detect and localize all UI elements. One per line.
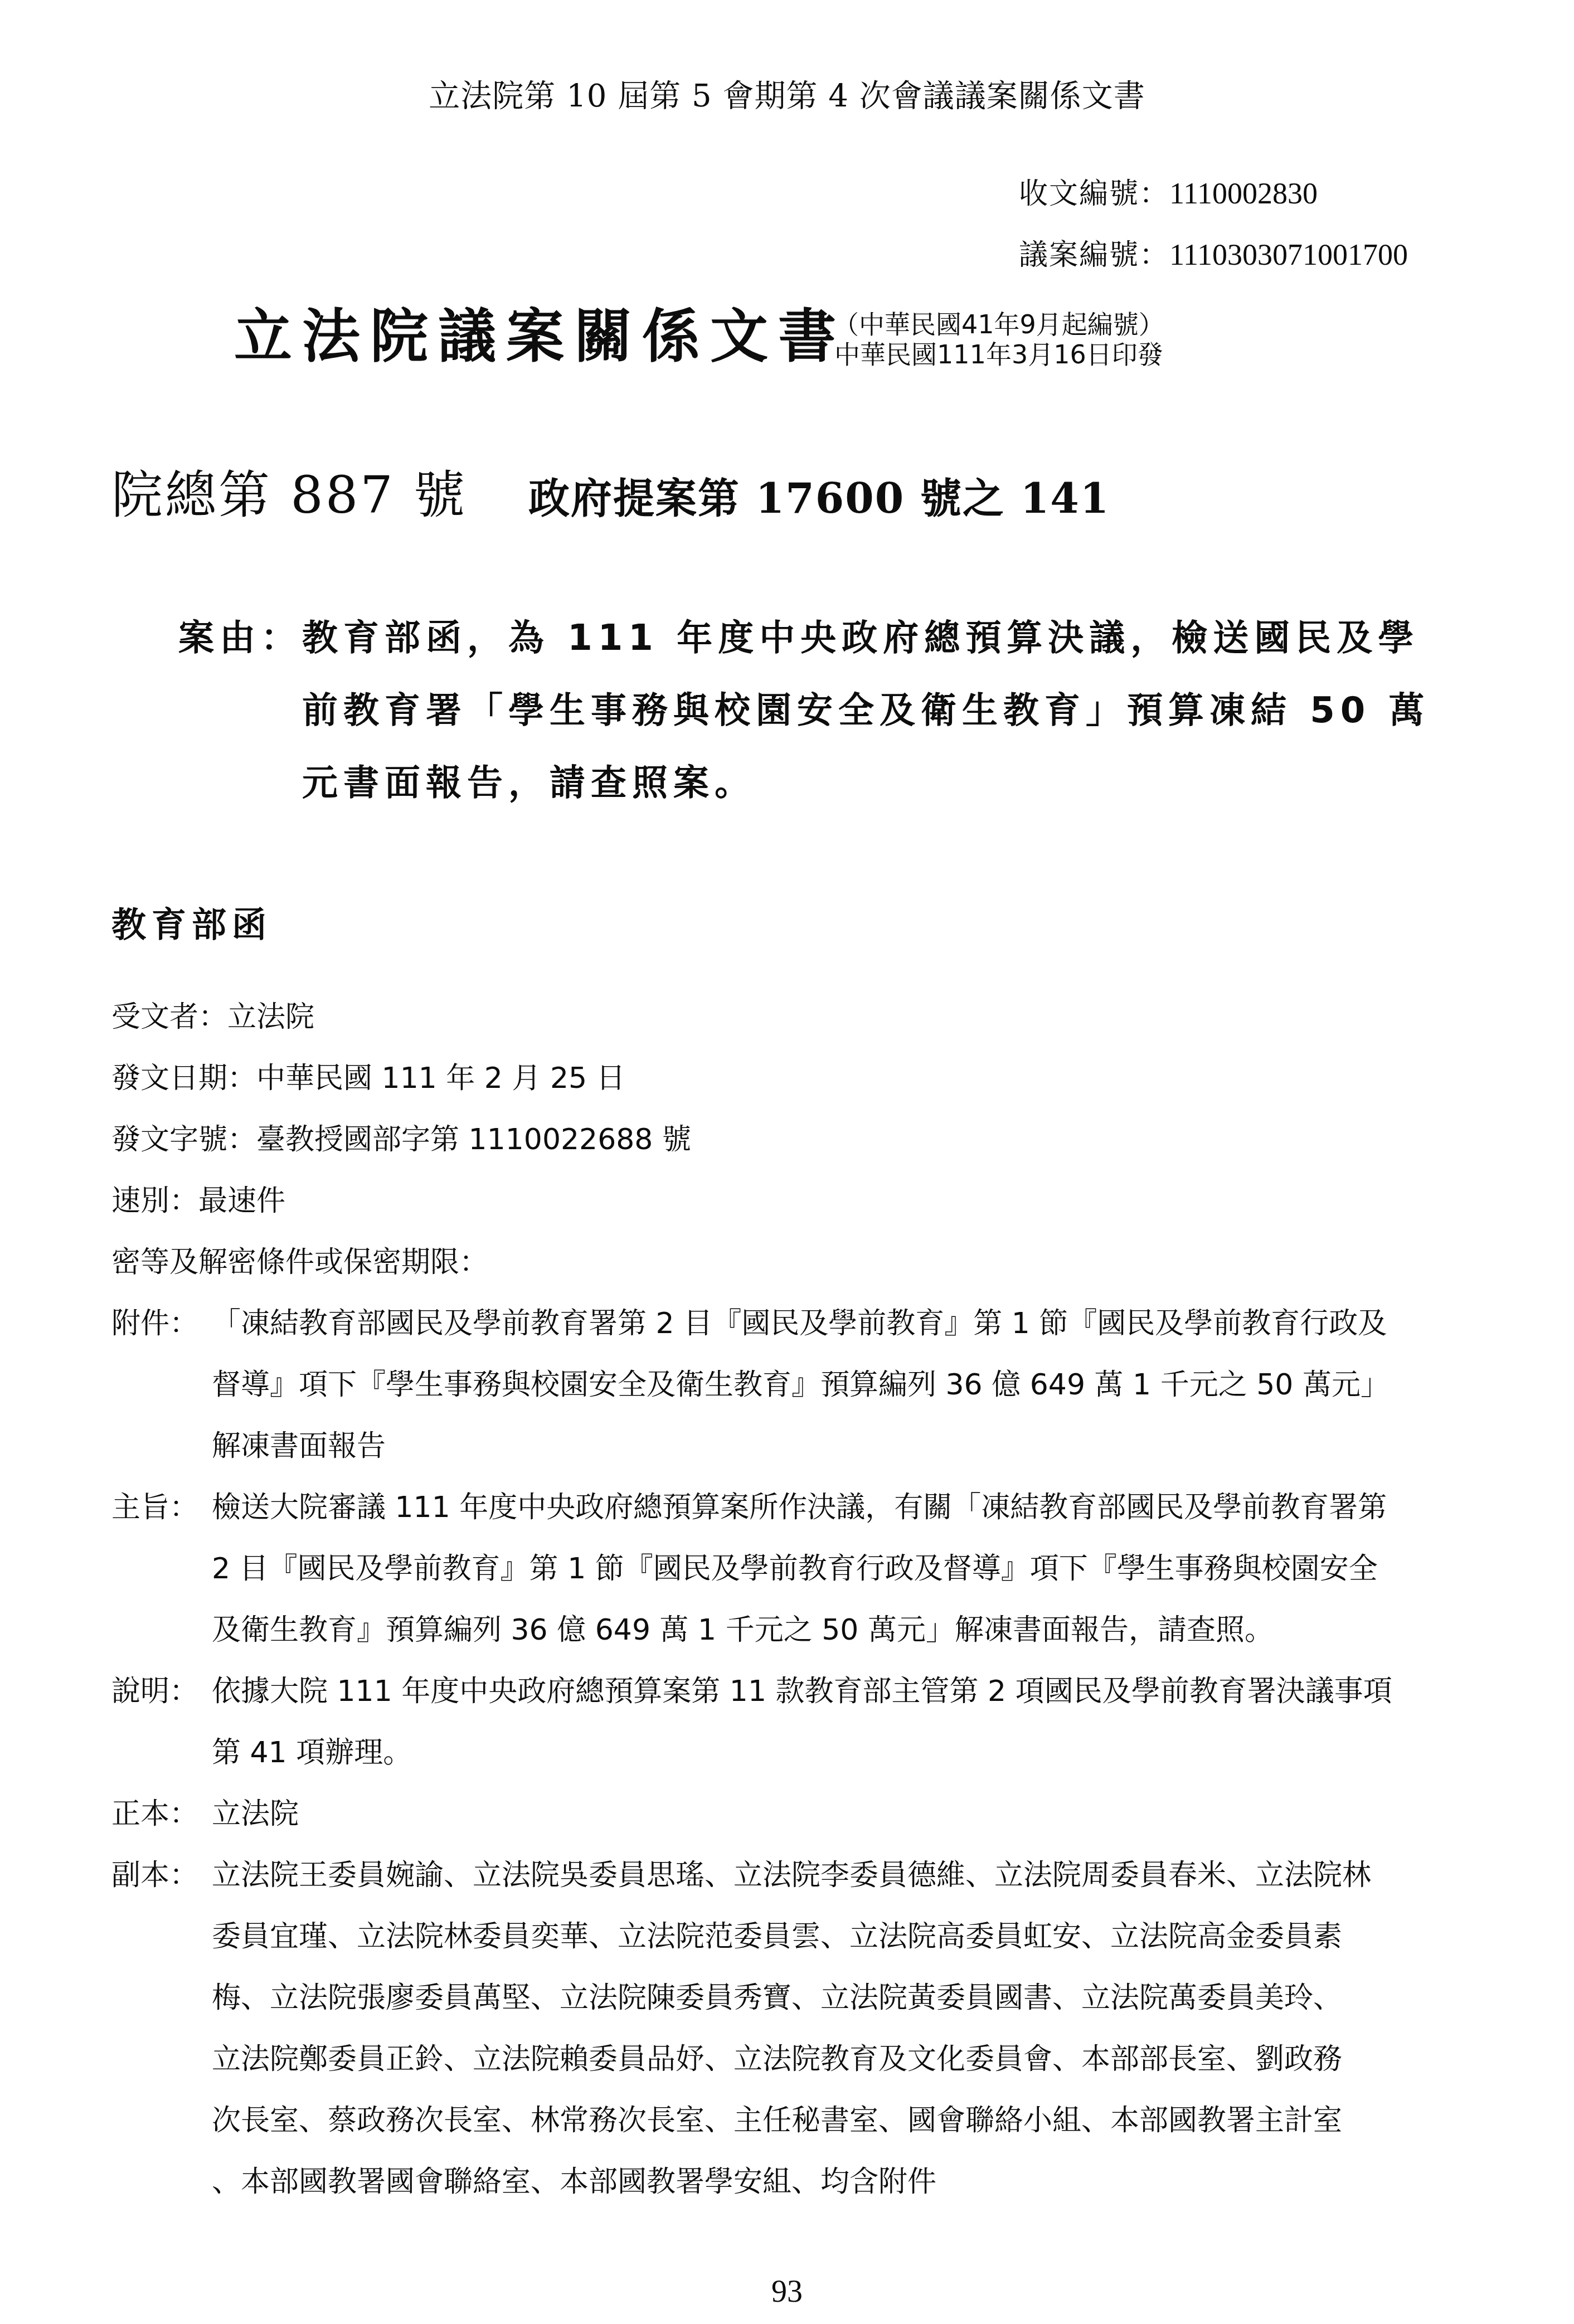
letter-fields: 受文者：立法院 發文日期：中華民國 111 年 2 月 25 日 發文字號：臺教… (111, 986, 1477, 2213)
print-date: 中華民國111年3月16日印發 (833, 339, 1164, 369)
yuan-zong-number: 院總第 887 號 (111, 465, 467, 525)
bill-numbers: 院總第 887 號政府提案第 17600 號之 141 (111, 454, 1110, 528)
field-issue-date: 發文日期：中華民國 111 年 2 月 25 日 (111, 1048, 1477, 1109)
letter-heading: 教育部函 (111, 897, 272, 947)
field-attachment: 附件： 「凍結教育部國民及學前教育署第 2 目『國民及學前教育』第 1 節『國民… (111, 1293, 1477, 1477)
field-speed: 速別：最速件 (111, 1170, 1477, 1232)
subject-label: 案由： (178, 618, 302, 659)
field-purpose: 主旨： 檢送大院審議 111 年度中央政府總預算案所作決議，有關「凍結教育部國民… (111, 1477, 1477, 1661)
field-original-copy: 正本：立法院 (111, 1783, 1477, 1845)
running-header: 立法院第 10 屆第 5 會期第 4 次會議議案關係文書 (0, 71, 1574, 116)
numbering-since: （中華民國41年9月起編號） (833, 309, 1164, 339)
field-issue-number: 發文字號：臺教授國部字第 1110022688 號 (111, 1109, 1477, 1170)
bill-number-value: 1110303071001700 (1169, 238, 1408, 271)
document-subtitle: （中華民國41年9月起編號） 中華民國111年3月16日印發 (833, 309, 1164, 369)
bill-number: 議案編號：1110303071001700 (1019, 231, 1408, 273)
field-explanation: 說明： 依據大院 111 年度中央政府總預算案第 11 款教育部主管第 2 項國… (111, 1661, 1477, 1783)
subject-line-2: 前教育署「學生事務與校園安全及衛生教育」預算凍結 50 萬 (178, 674, 1460, 747)
receipt-number-label: 收文編號： (1019, 177, 1169, 211)
bill-number-label: 議案編號： (1019, 239, 1169, 272)
receipt-number: 收文編號：1110002830 (1019, 170, 1318, 212)
field-copies: 副本： 立法院王委員婉諭、立法院吳委員思瑤、立法院李委員德維、立法院周委員春米、… (111, 1845, 1477, 2213)
page-number: 93 (0, 2274, 1574, 2310)
government-proposal-number: 政府提案第 17600 號之 141 (528, 475, 1110, 523)
receipt-number-value: 1110002830 (1169, 177, 1318, 210)
field-secrecy: 密等及解密條件或保密期限： (111, 1232, 1477, 1293)
subject-line-3: 元書面報告，請查照案。 (178, 747, 1460, 819)
subject-line-1: 案由：教育部函，為 111 年度中央政府總預算決議，檢送國民及學 (178, 602, 1460, 674)
field-recipient: 受文者：立法院 (111, 986, 1477, 1048)
document-title: 立法院議案關係文書 (234, 290, 846, 373)
case-subject: 案由：教育部函，為 111 年度中央政府總預算決議，檢送國民及學 前教育署「學生… (178, 602, 1460, 819)
